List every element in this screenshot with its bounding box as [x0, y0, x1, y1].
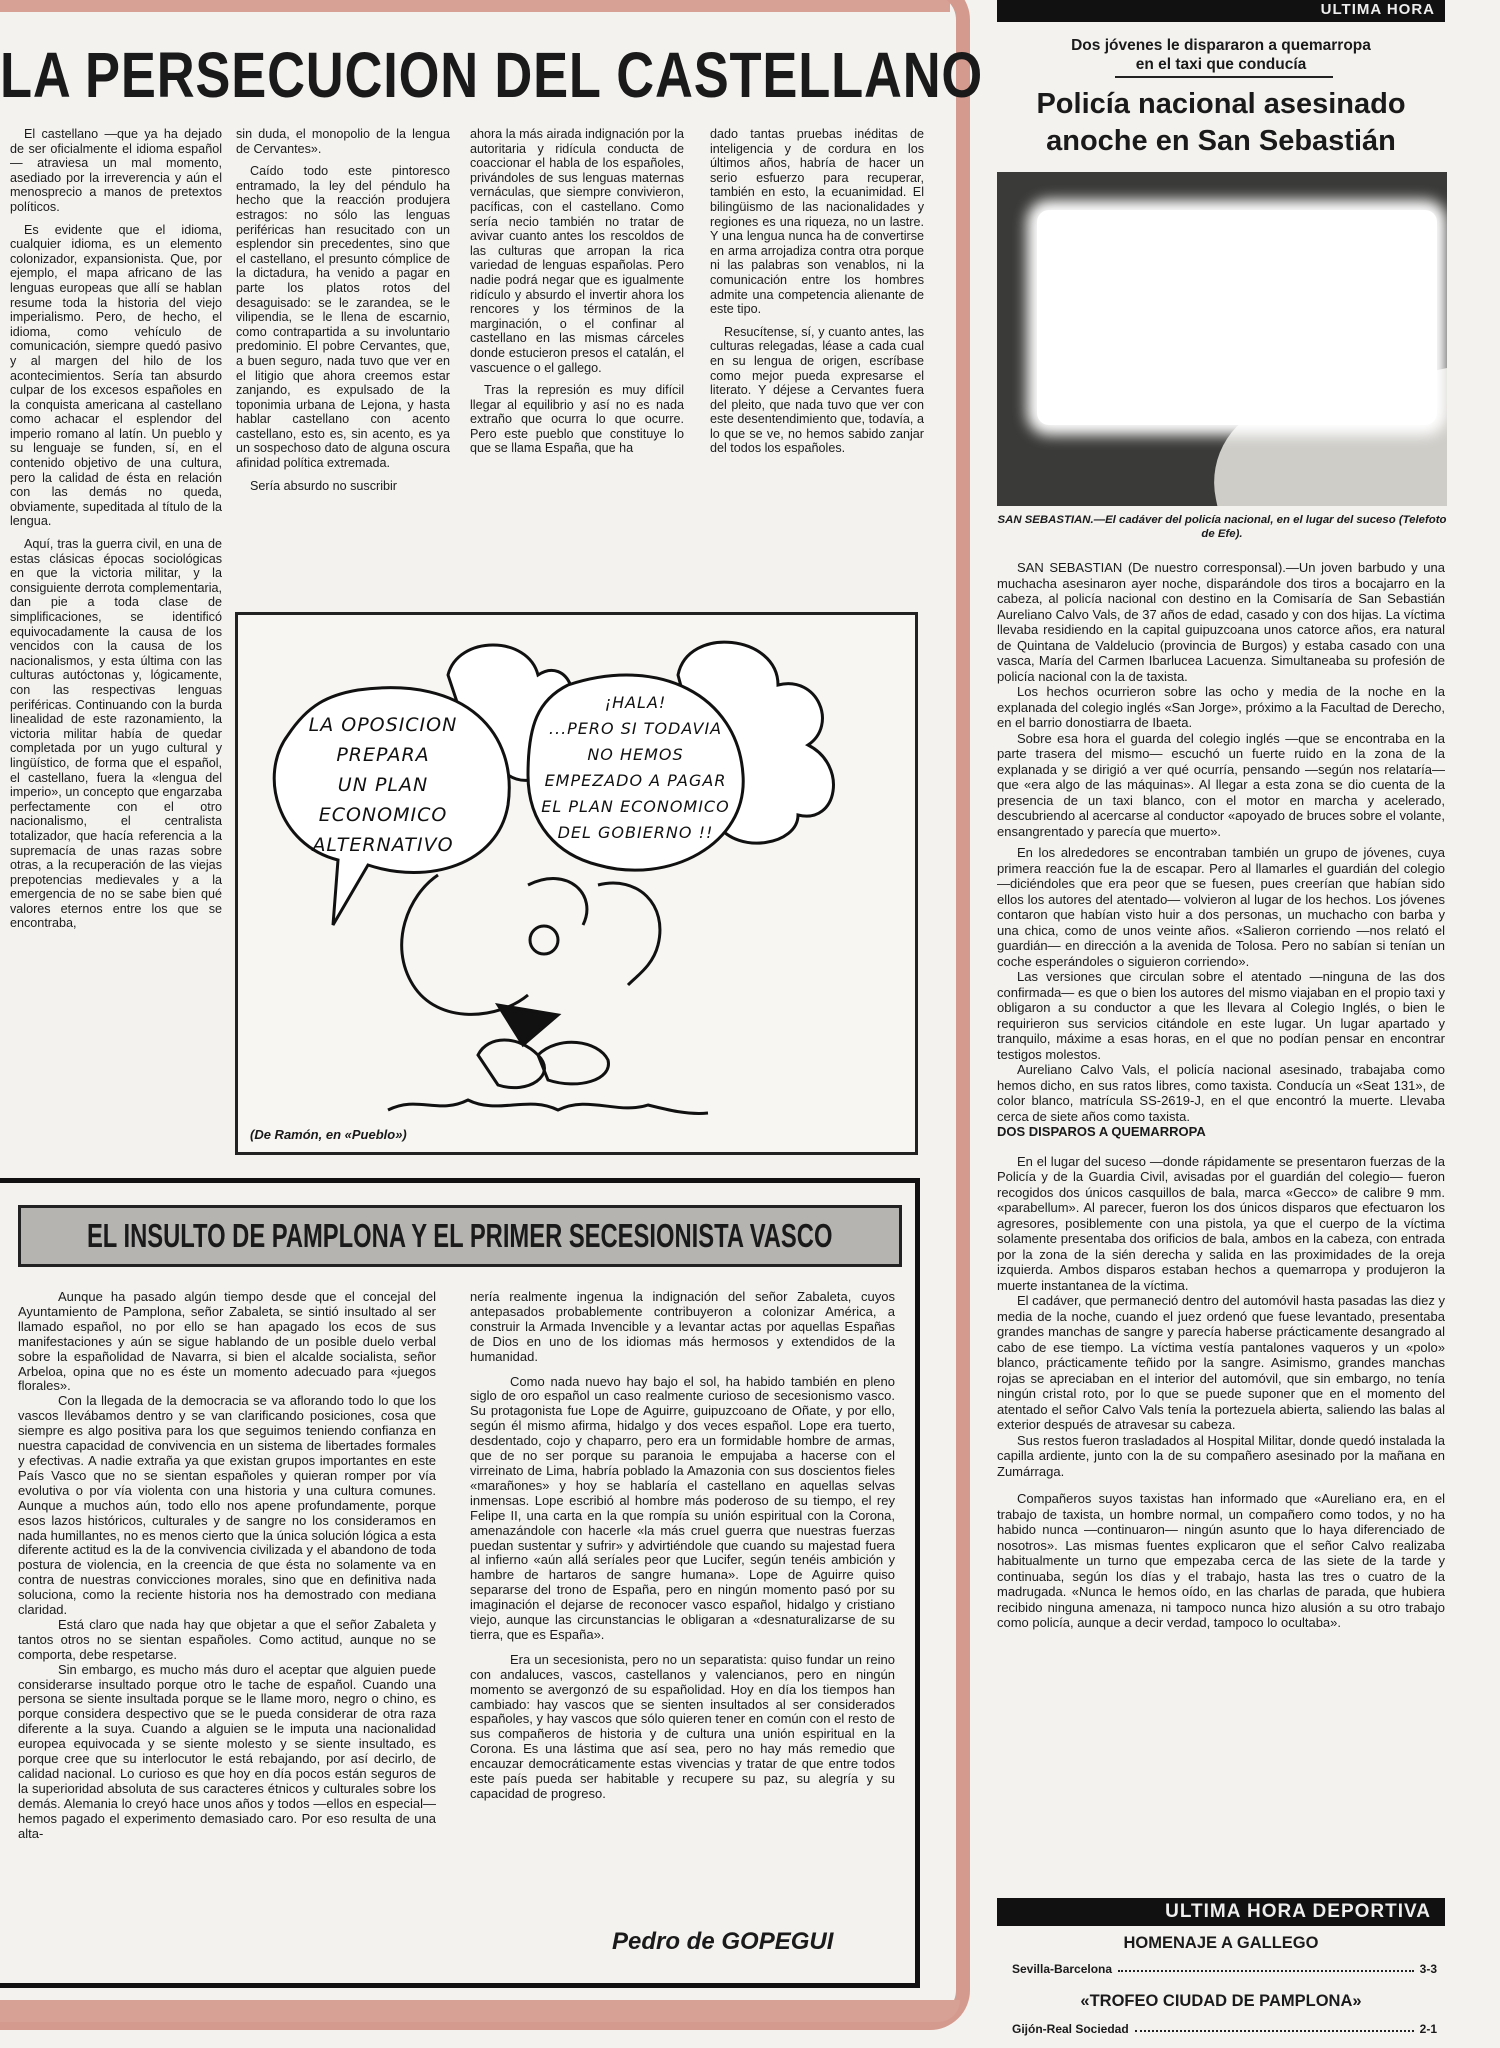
- main-article-title: LA PERSECUCION DEL CASTELLANO: [0, 30, 771, 120]
- paragraph: Con la llegada de la democracia se va af…: [18, 1394, 436, 1618]
- second-article-title-box: EL INSULTO DE PAMPLONA Y EL PRIMER SECES…: [18, 1205, 902, 1267]
- paragraph: Sobre esa hora el guarda del colegio ing…: [997, 731, 1445, 840]
- paragraph: Compañeros suyos taxistas han informado …: [997, 1491, 1445, 1631]
- redacted-photo-area: [1037, 210, 1437, 425]
- decorative-top-band: [0, 0, 950, 12]
- section-label-ultima-hora: ULTIMA HORA: [997, 0, 1445, 22]
- news-kicker: Dos jóvenes le dispararon a quemarropa e…: [997, 36, 1445, 74]
- paragraph: sin duda, el monopolio de la lengua de C…: [236, 127, 450, 156]
- paragraph: Resucítense, sí, y cuanto antes, las cul…: [710, 325, 924, 456]
- decorative-bottom-band: [0, 2000, 960, 2022]
- paragraph: Sus restos fueron trasladados al Hospita…: [997, 1433, 1445, 1480]
- paragraph: Las versiones que circulan sobre el aten…: [997, 969, 1445, 1062]
- main-article-column-4: dado tantas pruebas inéditas de intelige…: [710, 127, 924, 464]
- sports-result-row: Gijón-Real Sociedad 2-1: [1012, 2022, 1437, 2036]
- paragraph: Sin embargo, es mucho más duro el acepta…: [18, 1663, 436, 1842]
- paragraph: nería realmente ingenua la indignación d…: [470, 1290, 895, 1365]
- thought-bubble-right: ¡HALA! ...PERO SI TODAVIA NO HEMOS EMPEZ…: [523, 690, 748, 846]
- paragraph: Era un secesionista, pero no un separati…: [470, 1653, 895, 1802]
- cartoon-credit: (De Ramón, en «Pueblo»): [250, 1127, 407, 1142]
- paragraph: En los alrededores se encontraban tambié…: [997, 845, 1445, 969]
- editorial-cartoon: LA OPOSICION PREPARA UN PLAN ECONOMICO A…: [235, 612, 918, 1155]
- paragraph: Caído todo este pintoresco entramado, la…: [236, 164, 450, 470]
- second-article-column-right: nería realmente ingenua la indignación d…: [470, 1290, 895, 1802]
- second-article-title: EL INSULTO DE PAMPLONA Y EL PRIMER SECES…: [87, 1217, 832, 1255]
- paragraph: dado tantas pruebas inéditas de intelige…: [710, 127, 924, 317]
- match-score: 3-3: [1420, 1962, 1437, 1976]
- paragraph: Aquí, tras la guerra civil, en una de es…: [10, 537, 222, 931]
- news-headline: Policía nacional asesinado anoche en San…: [997, 86, 1445, 160]
- paragraph: El castellano —que ya ha dejado de ser o…: [10, 127, 222, 215]
- paragraph: Está claro que nada hay que objetar a qu…: [18, 1618, 436, 1663]
- divider: [1115, 76, 1333, 78]
- sports-result-row: Sevilla-Barcelona 3-3: [1012, 1962, 1437, 1976]
- paragraph: SAN SEBASTIAN (De nuestro corresponsal).…: [997, 560, 1445, 684]
- paragraph: Aureliano Calvo Vals, el policía naciona…: [997, 1062, 1445, 1124]
- match-name: Gijón-Real Sociedad: [1012, 2022, 1129, 2036]
- speech-bubble-left: LA OPOSICION PREPARA UN PLAN ECONOMICO A…: [268, 710, 498, 860]
- main-article-column-3: ahora la más airada indignación por la a…: [470, 127, 684, 464]
- paragraph: Tras la represión es muy difícil llegar …: [470, 383, 684, 456]
- second-article-column-left: Aunque ha pasado algún tiempo desde que …: [18, 1290, 436, 1842]
- sports-event-title: HOMENAJE A GALLEGO: [997, 1934, 1445, 1953]
- news-body-part-1: SAN SEBASTIAN (De nuestro corresponsal).…: [997, 560, 1445, 1631]
- paragraph: ahora la más airada indignación por la a…: [470, 127, 684, 375]
- main-article-column-2: sin duda, el monopolio de la lengua de C…: [236, 127, 450, 501]
- paragraph: En el lugar del suceso —donde rápidament…: [997, 1154, 1445, 1294]
- paragraph: Los hechos ocurrieron sobre las ocho y m…: [997, 684, 1445, 731]
- match-name: Sevilla-Barcelona: [1012, 1962, 1112, 1976]
- sports-event-title: «TROFEO CIUDAD DE PAMPLONA»: [997, 1992, 1445, 2011]
- news-photo: [997, 172, 1447, 506]
- paragraph: Aunque ha pasado algún tiempo desde que …: [18, 1290, 436, 1394]
- second-article-byline: Pedro de GOPEGUI: [612, 1928, 833, 1956]
- paragraph: Como nada nuevo hay bajo el sol, ha habi…: [470, 1375, 895, 1643]
- section-label-sports: ULTIMA HORA DEPORTIVA: [997, 1898, 1445, 1926]
- paragraph: El cadáver, que permaneció dentro del au…: [997, 1293, 1445, 1433]
- match-score: 2-1: [1420, 2022, 1437, 2036]
- photo-caption: SAN SEBASTIAN.—El cadáver del policía na…: [997, 513, 1447, 541]
- paragraph: Es evidente que el idioma, cualquier idi…: [10, 223, 222, 529]
- news-subheading: DOS DISPAROS A QUEMARROPA: [997, 1124, 1445, 1140]
- paragraph: Sería absurdo no suscribir: [236, 479, 450, 494]
- main-article-column-1: El castellano —que ya ha dejado de ser o…: [10, 127, 222, 939]
